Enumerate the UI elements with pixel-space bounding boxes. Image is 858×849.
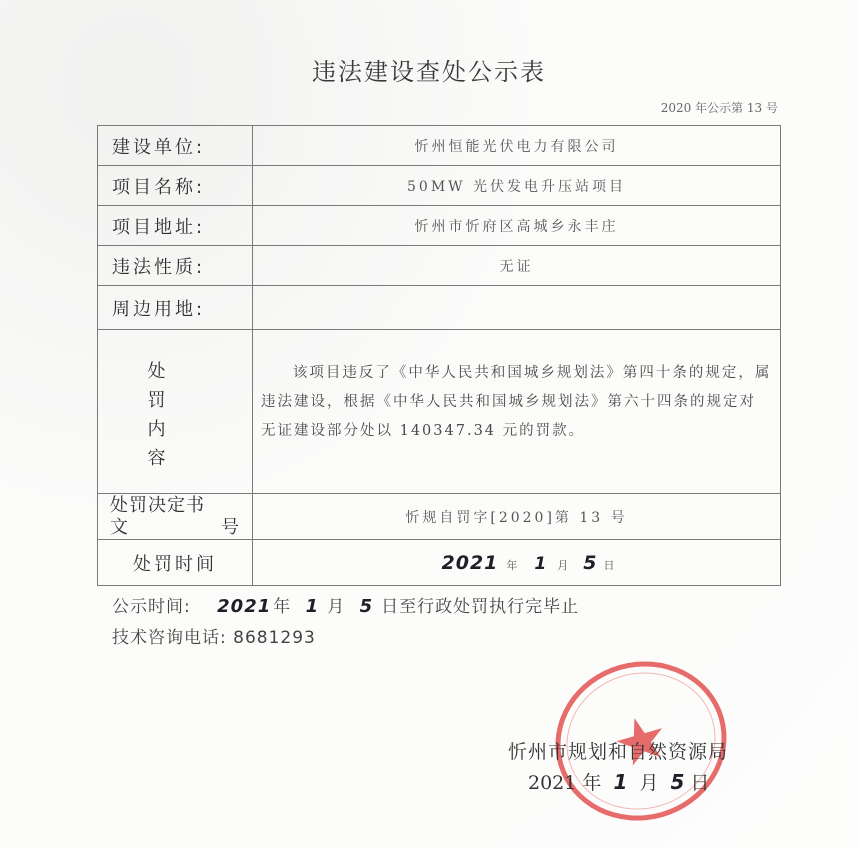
handwritten-year: 2021 <box>442 552 499 574</box>
month-unit: 月 <box>327 597 345 617</box>
decision-label-char: 号 <box>221 517 240 539</box>
field-value-surrounding-land <box>253 286 781 330</box>
decision-number-label: 处罚决定书 文 号 <box>104 495 252 539</box>
label-char: 容 <box>148 444 169 473</box>
table-row-penalty-time: 处罚时间 2021 年 1 月 5 日 <box>98 540 781 586</box>
table-row-project-address: 项目地址: 忻州市忻府区高城乡永丰庄 <box>98 206 781 246</box>
day-unit: 日 <box>690 772 709 794</box>
signature-year: 2021 <box>528 772 576 794</box>
decision-number-label-cell: 处罚决定书 文 号 <box>98 494 253 540</box>
year-unit: 年 <box>582 772 601 794</box>
table-row-violation-type: 违法性质: 无证 <box>98 246 781 286</box>
table-row-surrounding-land: 周边用地: <box>98 286 781 330</box>
field-label: 违法性质: <box>98 246 253 286</box>
field-value-violation-type: 无证 <box>253 246 781 286</box>
year-unit: 年 <box>506 557 520 573</box>
table-row-decision-number: 处罚决定书 文 号 忻规自罚字[2020]第 13 号 <box>98 494 781 540</box>
decision-label-line1: 处罚决定书 <box>110 495 246 517</box>
handwritten-day: 5 <box>583 552 599 574</box>
table-row-project-name: 项目名称: 50MW 光伏发电升压站项目 <box>98 166 781 206</box>
handwritten-signature-month: 1 <box>613 770 627 794</box>
penalty-time-cell: 2021 年 1 月 5 日 <box>253 540 781 586</box>
penalty-time-value: 2021 年 1 月 5 日 <box>253 552 780 574</box>
handwritten-publicity-year: 2021 <box>217 596 271 617</box>
penalty-content-text: 该项目违反了《中华人民共和国城乡规划法》第四十条的规定，属违法建设，根据《中华人… <box>253 359 780 464</box>
penalty-time-label: 处罚时间 <box>98 540 253 586</box>
field-value-construction-unit: 忻州恒能光伏电力有限公司 <box>253 126 781 166</box>
table-row-penalty-content: 处 罚 内 容 该项目违反了《中华人民共和国城乡规划法》第四十条的规定，属违法建… <box>98 330 781 494</box>
field-label: 项目名称: <box>98 166 253 206</box>
month-unit: 月 <box>639 772 658 794</box>
penalty-content-cell: 该项目违反了《中华人民共和国城乡规划法》第四十条的规定，属违法建设，根据《中华人… <box>253 330 781 494</box>
label-char: 内 <box>148 415 169 444</box>
notice-table: 建设单位: 忻州恒能光伏电力有限公司 项目名称: 50MW 光伏发电升压站项目 … <box>97 125 781 586</box>
day-unit: 日 <box>603 557 617 573</box>
document-title: 违法建设查处公示表 <box>0 52 858 87</box>
label-char: 罚 <box>148 386 169 415</box>
penalty-content-label: 处 罚 内 容 <box>98 351 218 473</box>
handwritten-month: 1 <box>534 554 549 574</box>
issuing-authority: 忻州市规划和自然资源局 <box>508 737 728 764</box>
table-row-construction-unit: 建设单位: 忻州恒能光伏电力有限公司 <box>98 126 781 166</box>
field-value-decision-number: 忻规自罚字[2020]第 13 号 <box>253 494 781 540</box>
publicity-label: 公示时间: <box>112 597 191 617</box>
label-char: 处 <box>148 357 169 386</box>
handwritten-publicity-day: 5 <box>360 596 374 617</box>
consult-label: 技术咨询电话: <box>112 628 227 648</box>
field-label: 项目地址: <box>98 206 253 246</box>
publicity-period: 公示时间: 2021年 1月 5日至行政处罚执行完毕止 <box>112 592 579 617</box>
field-label: 建设单位: <box>98 126 253 166</box>
handwritten-publicity-month: 1 <box>306 596 320 617</box>
field-value-project-address: 忻州市忻府区高城乡永丰庄 <box>253 206 781 246</box>
field-label: 周边用地: <box>98 286 253 330</box>
signature-date: 2021 年 1 月 5日 <box>528 768 709 795</box>
year-unit: 年 <box>273 597 291 617</box>
consult-phone-line: 技术咨询电话: 8681293 <box>112 623 316 648</box>
consult-phone: 8681293 <box>233 628 316 648</box>
publicity-suffix: 日至行政处罚执行完毕止 <box>381 597 579 617</box>
month-unit: 月 <box>557 557 571 573</box>
document-number: 2020 年公示第 13 号 <box>661 99 778 116</box>
decision-label-char: 文 <box>110 517 129 539</box>
penalty-content-label-cell: 处 罚 内 容 <box>98 330 253 494</box>
decision-label-line2: 文 号 <box>110 517 246 539</box>
handwritten-signature-day: 5 <box>671 770 685 794</box>
field-value-project-name: 50MW 光伏发电升压站项目 <box>253 166 781 206</box>
